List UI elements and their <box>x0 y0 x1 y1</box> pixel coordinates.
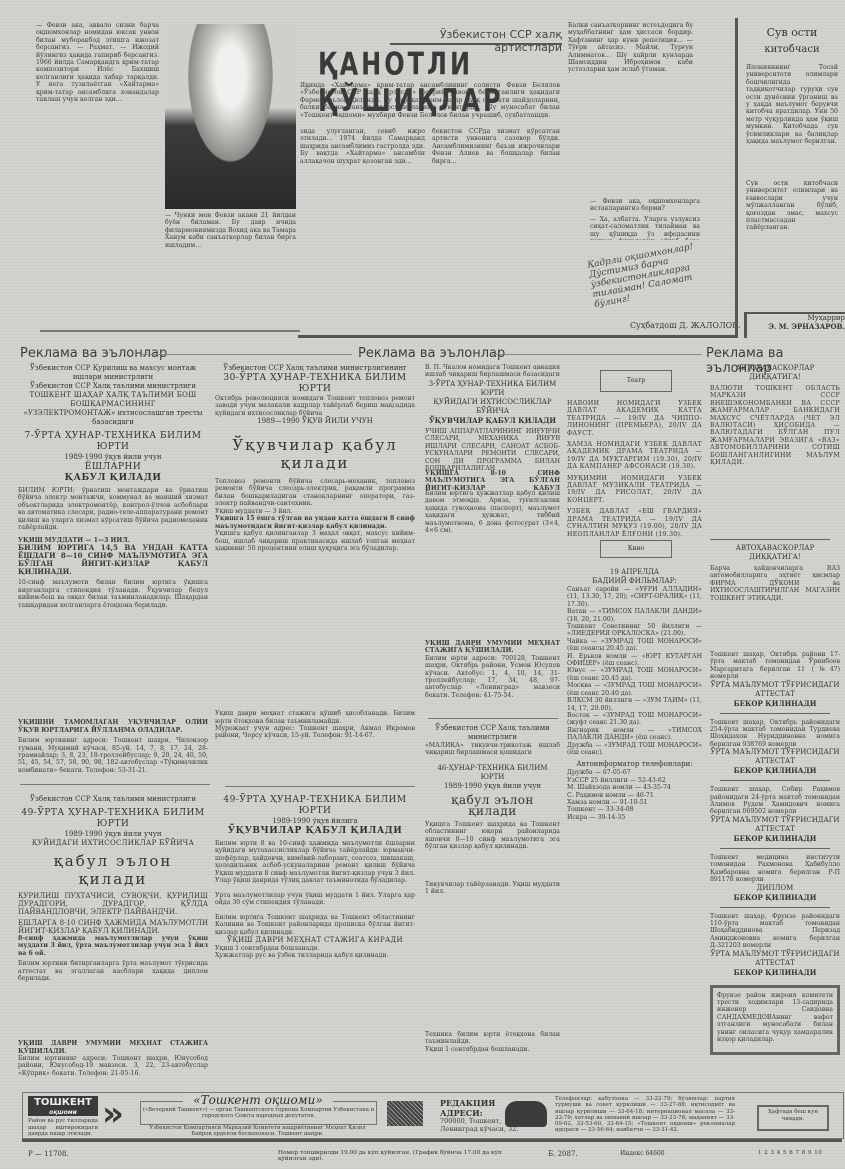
ads-header-center: Реклама ва эълонлар <box>358 346 505 361</box>
publisher-info: Ўзбекистон Компартияси Марказий Комитети… <box>140 1125 375 1137</box>
publication-frequency-box: Ҳафтада беш кун чиқади. <box>757 1105 829 1131</box>
cinema-label-box: Кино <box>600 540 672 558</box>
ads-header-rule-right <box>492 354 702 355</box>
cinema-item: Москва — «ЗУМРАД ТОШ МОНАРОСИ» (ёш сеанс… <box>567 682 702 697</box>
ads-header-rule-left <box>142 354 352 355</box>
lost-notice: Тошкент шаҳар, Октябрь районидаги 254-ўр… <box>710 719 840 749</box>
portrait-photo <box>165 24 296 209</box>
notice-divider <box>720 713 830 714</box>
phone-entry: Искра — 39-14-35 <box>567 814 702 821</box>
sidebar-title-1: Сув ости <box>742 26 842 39</box>
ad-3-vocational-school: В. П. Чкалов номидаги Тошкент авиация иш… <box>425 364 560 715</box>
editor-name: Э. М. ЭРНАЗАРОВ. <box>747 322 845 331</box>
masthead-subtitle: («Вечерний Ташкент») — орган Ташкентског… <box>141 1107 376 1119</box>
cinema-item: Тошкент Советининг 50 йиллиги — «ЛИЕДЕРИ… <box>567 623 702 638</box>
feature-column-4: Балки санъаткорнинг истеъдодига бу муҳаб… <box>568 22 693 202</box>
cinema-item: Чайка — «ЗУМРАД ТОШ МОНАРОСИ» (ёш сеансы… <box>567 638 702 653</box>
feature-bottom-border <box>298 335 738 338</box>
cinema-item: Восток — «ЗУМРАД ТОШ МОНАРОСИ» (жуфт сеа… <box>567 712 702 727</box>
editor-box: Муҳаррир Э. М. ЭРНАЗАРОВ. <box>744 312 845 338</box>
cinema-item: Дружба — «ЗУМРАД ТОШ МОНАРОСИ» (ёш сеанс… <box>567 742 702 757</box>
theatre-listings: НАВОИЙ НОМИДАГИ ЎЗБЕК ДАВЛАТ АКАДЕМИК КА… <box>567 400 702 542</box>
notice-divider <box>720 780 830 781</box>
footer-bottom-rule <box>22 1139 842 1142</box>
feature-left-bottom-rule <box>40 330 300 332</box>
editorial-phones: Телефонлар: қабулхона — 33-22-79; бўлимл… <box>555 1096 735 1138</box>
phone-entry: Дружба — 67-05-67 <box>567 769 702 776</box>
theatre-item: МУҚИМИЙ НОМИДАГИ ЎЗБЕК ДАВЛАТ МУЗИКАЛИ Т… <box>567 475 702 505</box>
censor-code: Р — 11708. <box>28 1150 69 1158</box>
interviewer-credit: Суҳбатдош Д. ЖАЛОЛОВ. <box>630 321 741 330</box>
sidebar-text: Японияннинг Тосай университети олимлари … <box>746 64 838 176</box>
phone-entry: Хамза номли — 91-10-51 <box>567 799 702 806</box>
sidebar-title-2: китобчаси <box>742 44 842 55</box>
cinema-item: ВЛКСМ 30 йиллиги — «ЗУМ ТАЙМ» (11, 14, 1… <box>567 697 702 712</box>
lost-notice: Тошкент медицина институти томонидан Рах… <box>710 854 840 884</box>
cinema-listings: 19 АПРЕЛДА БАДИИЙ ФИЛЬМЛАР: Санъат сарой… <box>567 568 702 821</box>
right-column-notices: АВТОҲАВАСКОРЛАР ДИҚҚАТИГА! ВАЛЮТИ ТОШКЕН… <box>710 364 840 1055</box>
ad-49-vocational-school-left: Ўзбекистон ССР Халқ таълими министрлиги … <box>18 795 208 1095</box>
editor-label: Муҳаррир <box>747 314 845 322</box>
ad-30-vocational-school: Ўзбекистон ССР Халқ таълими министрлигин… <box>215 364 415 755</box>
cinema-item: Санъат саройи — «ЎҒРИ АЛЛАДИН» (11, 13.3… <box>567 586 702 608</box>
divider-col3 <box>428 718 558 719</box>
telephone-icon <box>505 1101 547 1127</box>
divider-center <box>225 786 415 787</box>
masthead-box: «Тошкент оқшоми» («Вечерний Ташкент») — … <box>140 1101 377 1125</box>
divider-left <box>20 784 210 785</box>
notice-divider <box>720 848 830 849</box>
feature-lead: Яқинда «Хайтарма» қрим-татар ансамблинин… <box>300 82 560 122</box>
phone-entry: УзССР 25 йиллиги — 52-43-62 <box>567 777 702 784</box>
theatre-item: НАВОИЙ НОМИДАГИ ЎЗБЕК ДАВЛАТ АКАДЕМИК КА… <box>567 400 702 437</box>
feature-column-1: — Февзи ака, аввало сизни барча оқшомхон… <box>36 22 159 312</box>
obituary-box: Фрунзе район ижроия комитети трести ходи… <box>710 985 840 1055</box>
theatre-item: ҲАМЗА НОМИДАГИ ЎЗБЕК ДАВЛАТ АКАДЕМИК ДРА… <box>567 441 702 471</box>
theatre-item: ЎЗБЕК ДАВЛАТ «ЁШ ГВАРДИЯ» ДРАМА ТЕАТРИДА… <box>567 508 702 538</box>
phone-entry: М. Шайхзода номли — 43-35-74 <box>567 784 702 791</box>
order-number: Б. 2087. <box>548 1150 578 1158</box>
arrow-decoration-icon: » <box>102 1098 132 1130</box>
newspaper-page: — Февзи ака, аввало сизни барча оқшомхон… <box>0 0 845 1169</box>
masthead-title: «Тошкент оқшоми» <box>183 1093 333 1107</box>
feature-right-border <box>735 18 738 338</box>
ad-7-vocational-school: Ўзбекистон ССР Қурилиш ва махсус монтаж … <box>18 364 208 787</box>
closing-question: — Февзи ака, оқшомхонларга истакларингиз… <box>590 198 700 218</box>
ad-46-vocational-school: Ўзбекистон ССР Халқ таълими министрлиги … <box>425 724 560 1053</box>
notice-divider <box>720 907 830 908</box>
lost-notice: Тошкент шаҳар, Собир Раҳимов районидаги … <box>710 786 840 816</box>
phone-entry: Тошкент — 33-34-08 <box>567 806 702 813</box>
feature-column-2: зида улуғланган, севиб ижро этилади... 1… <box>300 128 425 313</box>
feature-column-3: бекистон ССРда хизмат кўрсатган артисти … <box>432 128 560 208</box>
lost-notice: Тошкент шаҳар, Октябрь райони 17-ўрта ма… <box>710 651 840 681</box>
kicker-rule <box>390 43 562 45</box>
footer-logo: ТОШКЕНТ оқшоми Район ва рус тилларида ша… <box>28 1096 98 1138</box>
theatre-label-box: Театр <box>600 370 672 392</box>
envelope-icon <box>387 1101 423 1126</box>
closing-answer: — Ҳа, албатта. Уларга узлуксиз сиҳат-сал… <box>590 216 700 240</box>
sidebar-text-2: Сув ости китобчаси университет олимлари … <box>746 180 838 312</box>
cinema-item: Янгиарик номли — «ТИМСОХ ПАЛАКЛИ ДАНДИ» … <box>567 727 702 742</box>
index-number: Индекс 64600 <box>620 1150 665 1157</box>
ad-49-vocational-school-center: 49-ЎРТА ҲУНАР-ТЕХНИКА БИЛИМ ЮРТИ 1989-19… <box>215 795 415 1052</box>
page-numbers: 1 2 3 4 5 6 7 8 9 10 <box>758 1150 822 1156</box>
photo-caption: — Чунки мен Февзи акани 21 йилдан буён б… <box>165 212 296 312</box>
cinema-item: Юнус — «ЗУМРАД ТОШ МОНАРОСИ» (ёш сеанс 2… <box>567 667 702 682</box>
autograph: Қадрли оқшомхонлар! Дўстимиз барча ўзбек… <box>587 240 714 310</box>
phone-entry: С. Раҳимов номли — 46-71 <box>567 792 702 799</box>
notice-divider <box>710 539 830 540</box>
print-time: Номер топширилди 19.00 да кўп қўйилган. … <box>278 1150 528 1162</box>
cinema-item: Ватан — «ТИМСОХ ПАЛАКЛИ ДАНДИ» (18, 20, … <box>567 608 702 623</box>
lost-notice: Тошкент шаҳар, Фрунзе районидаги 110-ўрт… <box>710 913 840 950</box>
cinema-item: И. Ерьков номли — «ЮРТ КЎТАРГАН ОФИЦЕР» … <box>567 653 702 668</box>
